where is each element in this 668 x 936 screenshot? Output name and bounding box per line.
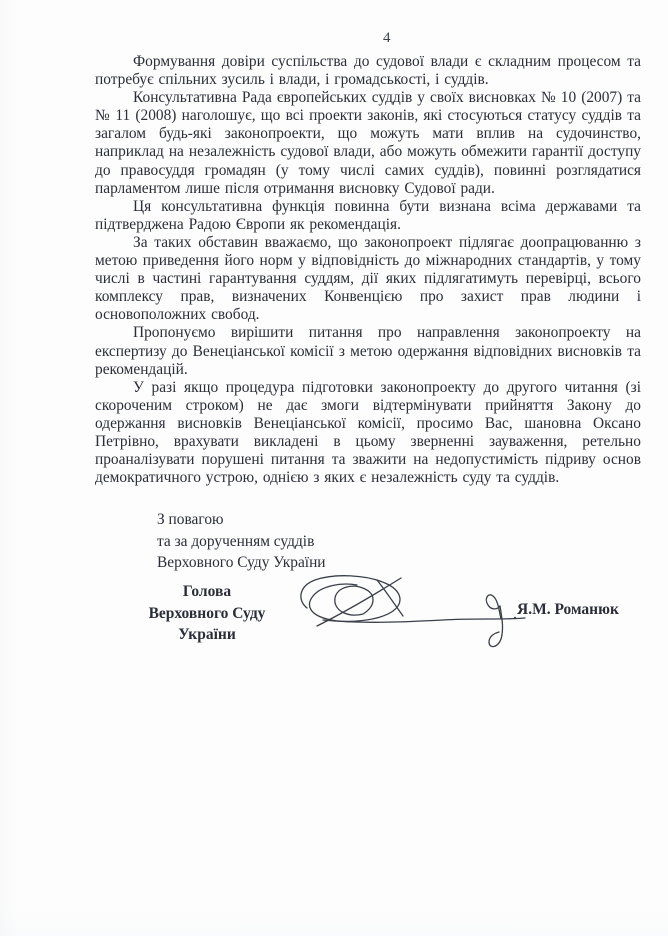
body-paragraph: У разі якщо процедура підготовки законоп… bbox=[95, 379, 641, 488]
document-page: 4 Формування довіри суспільства до судов… bbox=[0, 0, 668, 936]
body-paragraph: Формування довіри суспільства до судової… bbox=[95, 53, 641, 89]
body-paragraph: Ця консультативна функція повинна бути в… bbox=[95, 198, 641, 234]
body-paragraph: За таких обставин вважаємо, що законопро… bbox=[95, 234, 641, 324]
closing-line: З повагою bbox=[157, 509, 326, 531]
signature-icon bbox=[293, 574, 533, 656]
letter-body: Формування довіри суспільства до судової… bbox=[95, 53, 641, 487]
closing-line: Верховного Суду України bbox=[157, 552, 326, 574]
signer-title-line: Голова bbox=[118, 581, 296, 603]
closing-block: З повагою та за дорученням суддів Верхов… bbox=[157, 509, 326, 574]
closing-line: та за дорученням суддів bbox=[157, 531, 326, 553]
signer-title-line: Верховного Суду України bbox=[118, 603, 296, 646]
body-paragraph: Консультативна Рада європейських суддів … bbox=[95, 89, 641, 198]
body-paragraph: Пропонуємо вирішити питання про направле… bbox=[95, 324, 641, 378]
signer-name: Я.М. Романюк bbox=[517, 601, 619, 619]
signer-title: Голова Верховного Суду України bbox=[118, 581, 296, 646]
page-number: 4 bbox=[383, 30, 391, 47]
